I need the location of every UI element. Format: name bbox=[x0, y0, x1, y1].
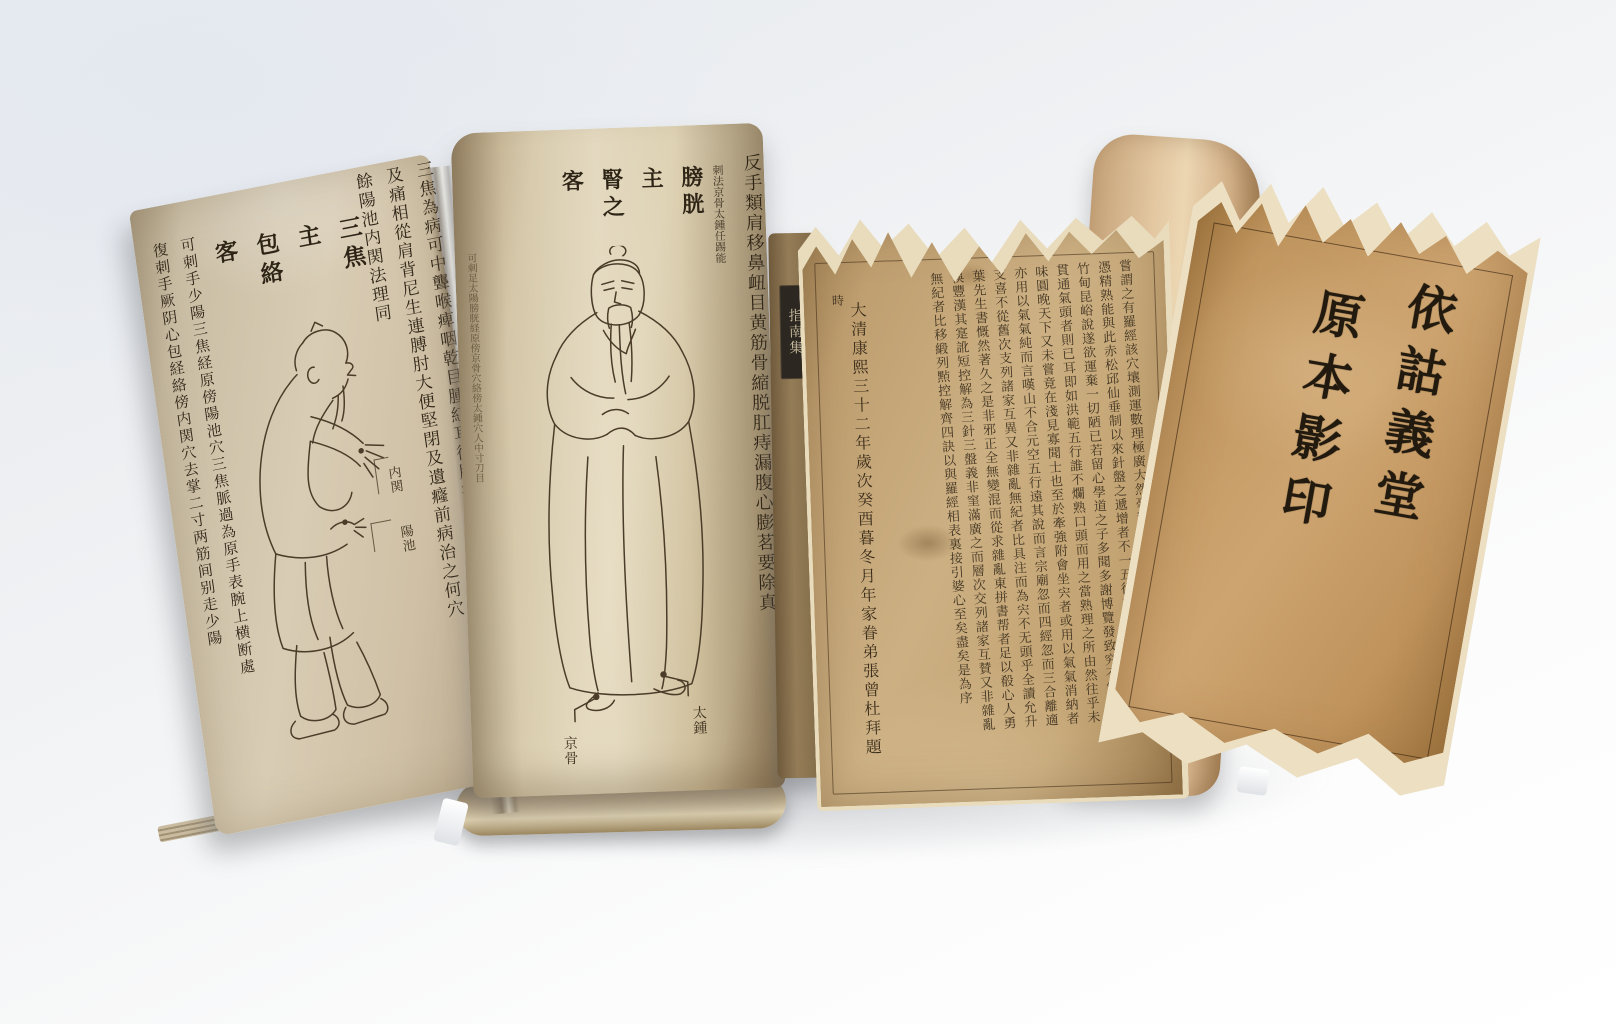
handwritten-book: 三焦 主 包絡 客 三焦為病可中聾喉痺咽乾目腫紅耳後肘疼并出汗米閉心及痛相從肩背… bbox=[60, 110, 830, 870]
leader-line-yangchi bbox=[370, 519, 395, 552]
calligraphy-cover-page: 依詁義堂 原本影印 bbox=[1118, 165, 1558, 845]
colophon-mark: 時 bbox=[829, 294, 846, 307]
point-label-taizhong: 太鍾 bbox=[689, 705, 710, 736]
meridian-figure-standing-man bbox=[497, 242, 744, 730]
point-label-jinggu: 京骨 bbox=[560, 736, 581, 767]
paper-sliver bbox=[1236, 766, 1269, 796]
photo-of-antique-books: 三焦 主 包絡 客 三焦為病可中聾喉痺咽乾目腫紅耳後肘疼并出汗米閉心及痛相從肩背… bbox=[0, 0, 1616, 1024]
point-label-neiguan: 内関 bbox=[383, 464, 406, 495]
right-page-standing-figure: 可刺足太陽膀胱経原傍京骨穴絡傍太鍾穴人中寸刀目 刺法京骨太鍾任踢能 膀胱 主 腎… bbox=[450, 123, 785, 798]
point-label-yangchi: 陽池 bbox=[395, 523, 418, 554]
